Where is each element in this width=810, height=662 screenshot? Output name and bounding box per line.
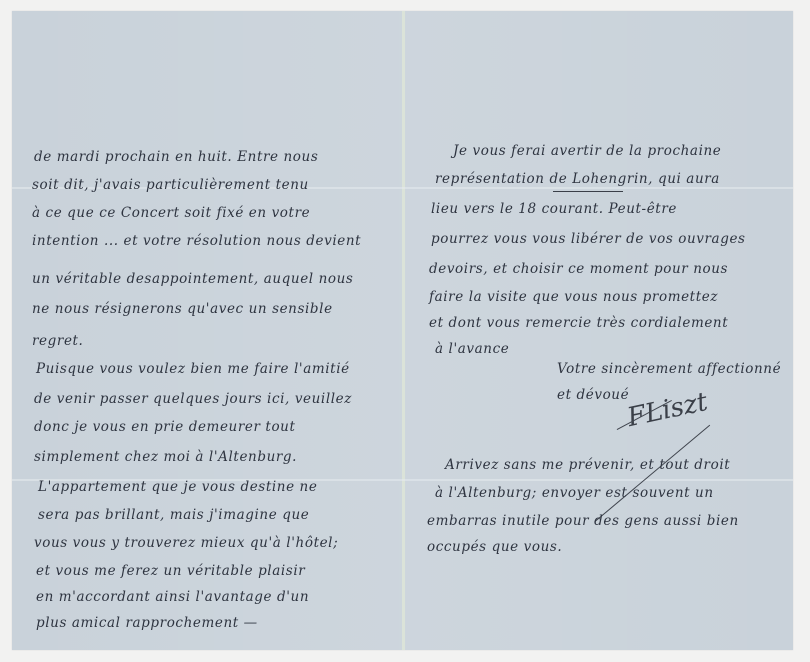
letter-sheet: de mardi prochain en huit. Entre nous so…: [12, 11, 793, 650]
text-line: de mardi prochain en huit. Entre nous: [34, 149, 318, 165]
text-line: et dont vous remercie très cordialement: [429, 315, 728, 331]
right-page: Je vous ferai avertir de la prochaine re…: [405, 11, 793, 650]
signature-tail: [595, 425, 711, 522]
text-line: et vous me ferez un véritable plaisir: [36, 563, 305, 579]
text-line: lieu vers le 18 courant. Peut-être: [431, 201, 677, 217]
text-line: de venir passer quelques jours ici, veui…: [34, 391, 352, 407]
closing-line: Votre sincèrement affectionné: [557, 361, 781, 377]
text-line: plus amical rapprochement —: [36, 615, 258, 631]
text-line: vous vous y trouverez mieux qu'à l'hôtel…: [34, 535, 338, 551]
text-line: regret.: [32, 333, 83, 349]
text-line: intention ... et votre résolution nous d…: [32, 233, 361, 249]
text-line: soit dit, j'avais particulièrement tenu: [32, 177, 309, 193]
postscript-line: Arrivez sans me prévenir, et tout droit: [445, 457, 730, 473]
text-line: à ce que ce Concert soit fixé en votre: [32, 205, 310, 221]
text-line: un véritable desappointement, auquel nou…: [32, 271, 353, 287]
text-line: représentation de Lohengrin, qui aura: [435, 171, 720, 187]
postscript-line: occupés que vous.: [427, 539, 562, 555]
postscript-line: à l'Altenburg; envoyer est souvent un: [435, 485, 714, 501]
text-line: L'appartement que je vous destine ne: [38, 479, 317, 495]
text-line: devoirs, et choisir ce moment pour nous: [429, 261, 728, 277]
text-line: en m'accordant ainsi l'avantage d'un: [36, 589, 309, 605]
postscript-line: embarras inutile pour des gens aussi bie…: [427, 513, 739, 529]
text-line: à l'avance: [435, 341, 509, 357]
text-line: donc je vous en prie demeurer tout: [34, 419, 296, 435]
text-line: simplement chez moi à l'Altenburg.: [34, 449, 297, 465]
left-page: de mardi prochain en huit. Entre nous so…: [12, 11, 402, 650]
text-line: ne nous résignerons qu'avec un sensible: [32, 301, 333, 317]
text-line: sera pas brillant, mais j'imagine que: [38, 507, 309, 523]
text-line: pourrez vous vous libérer de vos ouvrage…: [431, 231, 746, 247]
closing-line: et dévoué: [557, 387, 629, 403]
lohengrin-underline: [553, 191, 623, 192]
text-line: Puisque vous voulez bien me faire l'amit…: [36, 361, 350, 377]
signature: FLiszt: [625, 387, 711, 433]
text-line: Je vous ferai avertir de la prochaine: [453, 143, 721, 159]
text-line: faire la visite que vous nous promettez: [429, 289, 718, 305]
